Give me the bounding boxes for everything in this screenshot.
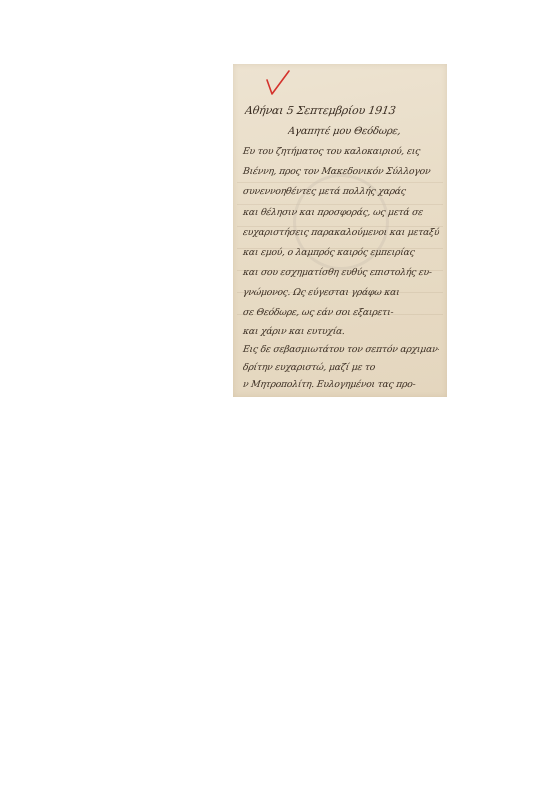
letter-date-line: Αθήναι 5 Σεπτεμβρίου 1913 xyxy=(244,104,440,117)
letter-line: και σου εσχηματίσθη ευθύς επιστολής ευ- xyxy=(242,267,440,278)
letter-line: και εμού, ο λαμπρός καιρός εμπειρίας xyxy=(242,247,440,258)
letter-line: και χάριν και ευτυχία. xyxy=(242,326,440,337)
letter-line: συνεννοηθέντες μετά πολλής χαράς xyxy=(242,186,440,197)
letter-line: ευχαριστήσεις παρακαλούμενοι και μεταξύ xyxy=(242,227,440,238)
letter-line: Ευ του ζητήματος του καλοκαιριού, εις xyxy=(242,146,440,157)
red-checkmark-icon xyxy=(263,68,293,98)
letter-line: Βιέννη, προς τον Μακεδονικόν Σύλλογον xyxy=(242,166,440,177)
letter-page: Αθήναι 5 Σεπτεμβρίου 1913 Αγαπητέ μου Θε… xyxy=(233,64,447,397)
letter-line: ν Μητροπολίτη. Ευλογημένοι τας προ- xyxy=(242,379,440,390)
letter-line: δρίτην ευχαριστώ, μαζί με το xyxy=(242,362,440,373)
letter-line: σε Θεόδωρε, ως εάν σοι εξαιρετι- xyxy=(242,307,440,318)
letter-salutation: Αγαπητέ μου Θεόδωρε, xyxy=(287,126,440,137)
letter-line: γνώμονος. Ως εύγεσται γράφω και xyxy=(242,287,440,298)
letter-line: και θέλησιν και προσφοράς, ως μετά σε xyxy=(242,207,440,218)
letter-line: Εις δε σεβασμιωτάτου τον σεπτόν αρχιμαν- xyxy=(242,344,440,355)
